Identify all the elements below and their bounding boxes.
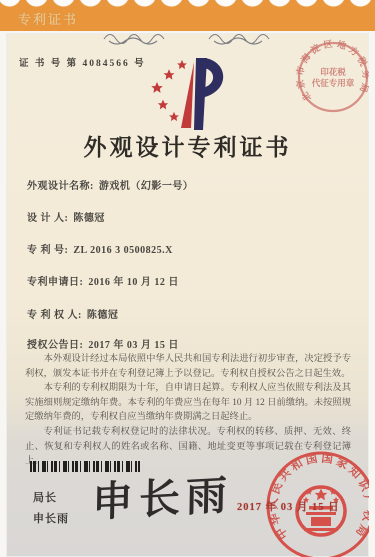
field-value: 陈德冠 [87, 310, 119, 321]
field-designer: 设 计 人:陈德冠 [27, 209, 105, 224]
tax-stamp-seal-icon: 北京市海淀区地方税务局 印花税 代征专用章 [293, 37, 369, 117]
svg-text:印花税: 印花税 [320, 67, 346, 77]
header-banner: 专利证书 [0, 0, 375, 31]
certificate-number: 证 书 号 第 4084566 号 [19, 55, 146, 69]
paragraph-examination: 本外观设计经过本局依照中华人民共和国专利法进行初步审查，决定授予专利权，颁发本证… [25, 352, 351, 381]
paragraph-term-fees: 本专利的专利权期限为十年，自申请日起算。专利权人应当依照专利法及其实施细则规定缴… [25, 381, 351, 425]
seal-date: 2017 年 03 月 15 日 [237, 499, 340, 514]
field-label: 专利申请日: [27, 277, 83, 288]
field-label: 外观设计名称: [27, 181, 94, 192]
field-label: 专 利 号: [27, 245, 68, 256]
field-value: 2017 年 03 月 15 日 [88, 340, 179, 351]
field-value: 2016 年 10 月 12 日 [88, 277, 179, 288]
cnipa-logo-icon [139, 50, 254, 132]
director-title: 局长 [33, 489, 57, 505]
certificate-title: 外观设计专利证书 [6, 129, 369, 162]
field-label: 设 计 人: [27, 213, 68, 224]
director-signature: 申长雨 [92, 461, 253, 529]
field-label: 授权公告日: [27, 340, 83, 351]
director-name: 申长雨 [33, 510, 69, 526]
field-patent-number: 专 利 号:ZL 2016 3 0500825.X [27, 241, 173, 256]
field-grant-date: 授权公告日:2017 年 03 月 15 日 [27, 336, 179, 351]
field-design-name: 外观设计名称:游戏机（幻影一号） [27, 177, 193, 192]
field-value: ZL 2016 3 0500825.X [73, 245, 173, 256]
field-value: 游戏机（幻影一号） [99, 181, 194, 192]
certificate-photo: 证 书 号 第 4084566 号 外观设计专利证书 外观设计名称:游戏机（幻影… [6, 33, 369, 557]
field-value: 陈德冠 [73, 213, 105, 224]
ornament-flourish [101, 33, 286, 45]
field-label: 专 利 权 人: [27, 310, 82, 321]
field-patentee: 专 利 权 人:陈德冠 [27, 306, 118, 321]
field-application-date: 专利申请日:2016 年 10 月 12 日 [27, 273, 179, 288]
svg-text:代征专用章: 代征专用章 [312, 78, 355, 88]
banner-title: 专利证书 [18, 9, 78, 28]
